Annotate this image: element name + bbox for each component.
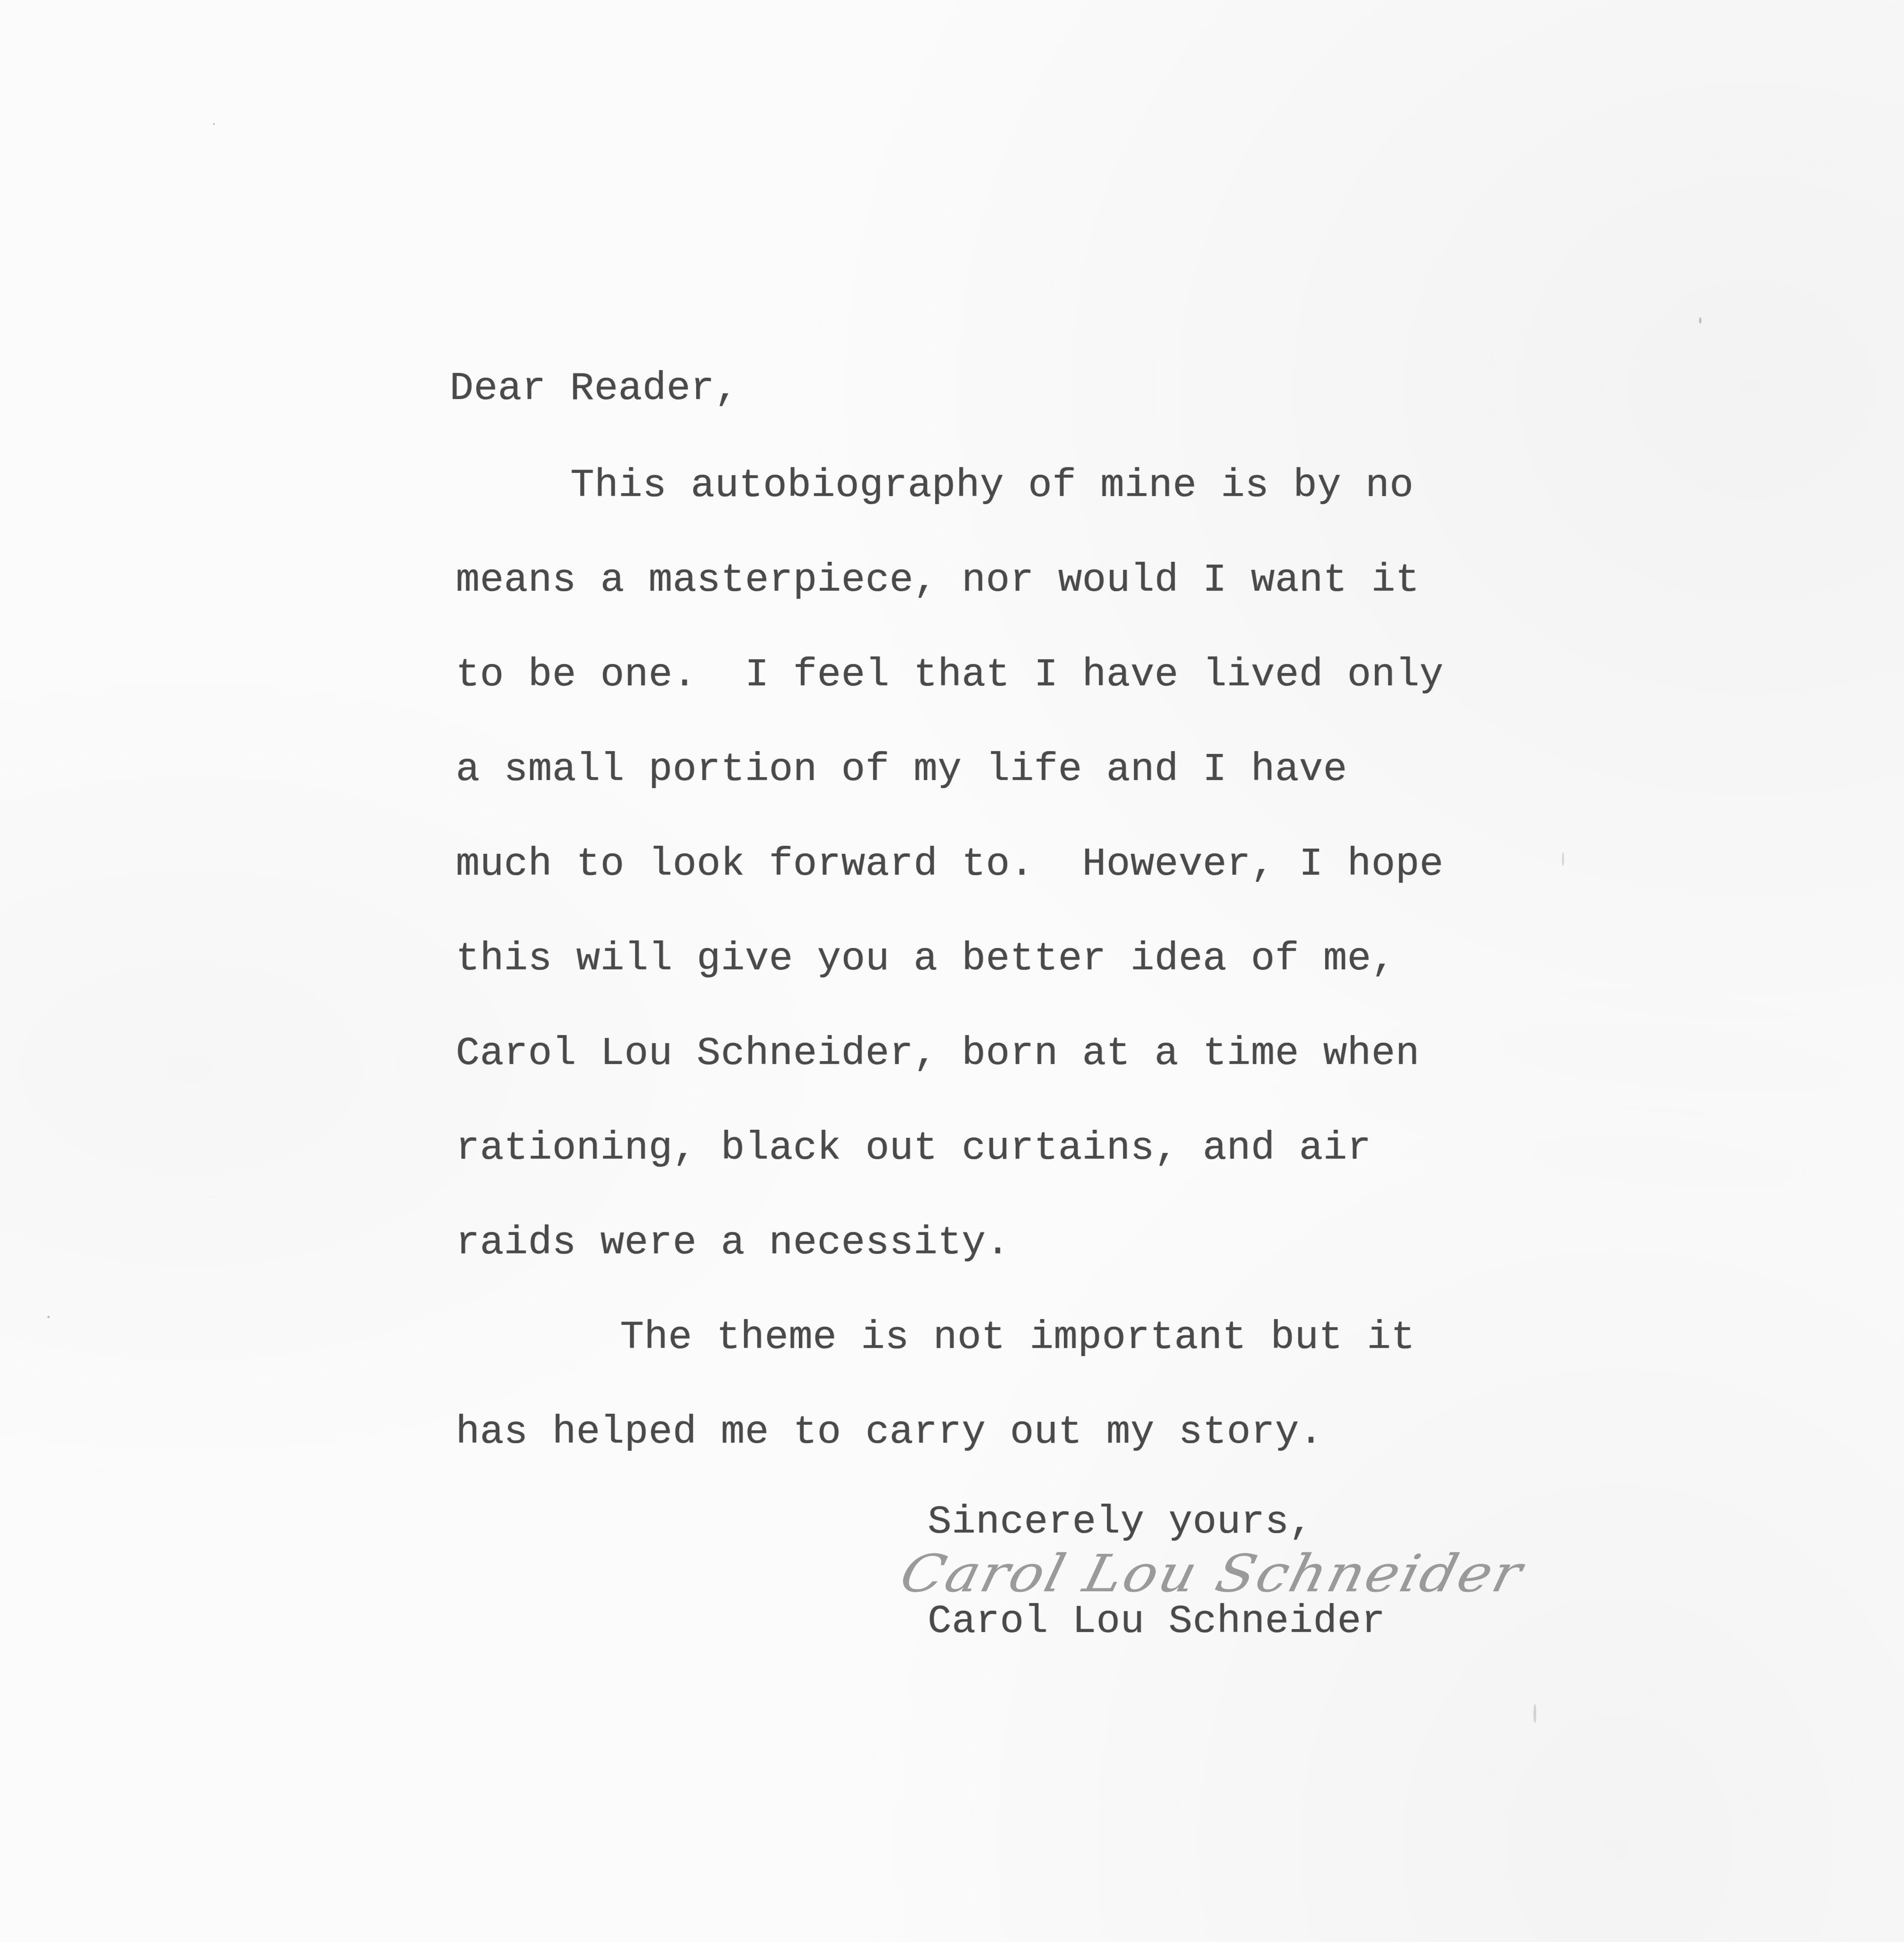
- paragraph-1-line-5: much to look forward to. However, I hope: [456, 845, 1443, 885]
- scan-speck: [213, 123, 215, 125]
- paragraph-1-line-2: means a masterpiece, nor would I want it: [456, 561, 1419, 601]
- scan-speck: [1533, 1704, 1536, 1723]
- closing: Sincerely yours,: [928, 1503, 1313, 1543]
- paragraph-1-line-3: to be one. I feel that I have lived only: [456, 656, 1443, 695]
- paragraph-1-line-9: raids were a necessity.: [456, 1224, 1010, 1263]
- paragraph-1-line-4: a small portion of my life and I have: [456, 750, 1347, 790]
- paragraph-1-line-7: Carol Lou Schneider, born at a time when: [456, 1034, 1419, 1074]
- paragraph-1-line-6: this will give you a better idea of me,: [456, 940, 1395, 979]
- scanned-letter-page: Dear Reader, This autobiography of mine …: [0, 0, 1904, 1942]
- paragraph-2-line-2: has helped me to carry out my story.: [456, 1413, 1323, 1453]
- scan-speck: [1562, 852, 1564, 866]
- scan-speck: [1699, 317, 1701, 324]
- scan-speck: [47, 1316, 50, 1318]
- paragraph-1-line-1: This autobiography of mine is by no: [570, 466, 1414, 506]
- handwritten-signature: Carol Lou Schneider: [894, 1543, 1530, 1604]
- typed-name: Carol Lou Schneider: [928, 1602, 1385, 1642]
- paragraph-2-line-1: The theme is not important but it: [620, 1318, 1415, 1358]
- salutation: Dear Reader,: [450, 369, 739, 409]
- paragraph-1-line-8: rationing, black out curtains, and air: [456, 1129, 1372, 1169]
